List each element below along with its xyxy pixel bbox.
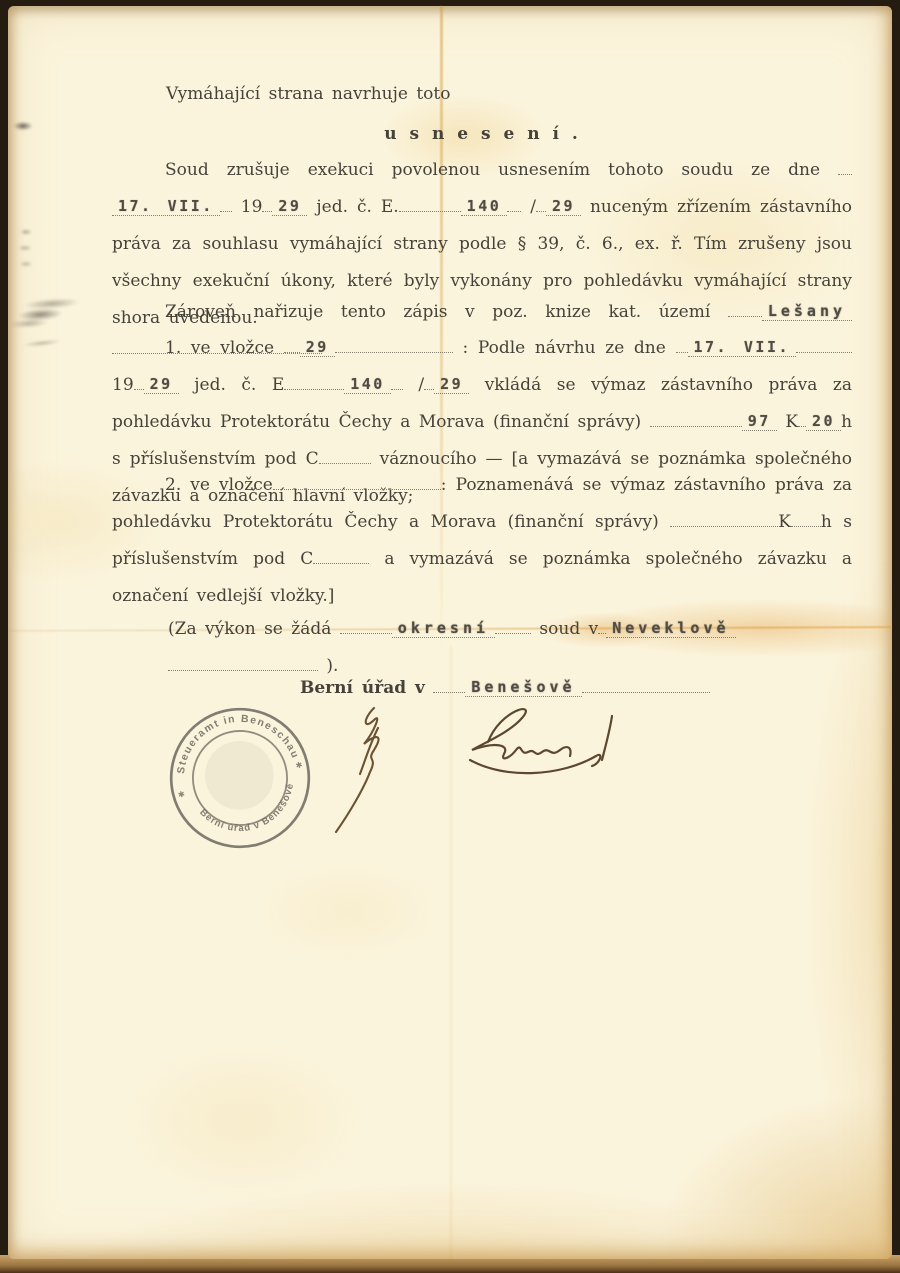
- dotted-fill-line: [796, 337, 852, 353]
- typed-year: 29: [272, 197, 307, 216]
- dotted-fill-line: [536, 196, 546, 212]
- resolution-heading-text: u s n e s e n í .: [384, 124, 580, 144]
- stamp-star-right-icon: ✱: [294, 759, 303, 770]
- typed-amount-crowns: 97: [742, 412, 777, 431]
- office-label: Berní úřad v: [300, 678, 425, 698]
- dotted-fill-line: [391, 374, 403, 390]
- dotted-fill-line: [273, 474, 441, 490]
- typed-case-number: 140: [344, 375, 391, 394]
- typed-date: 17. VII.: [112, 197, 220, 216]
- dotted-fill-line: [168, 655, 318, 671]
- text-run: K: [778, 512, 791, 532]
- dotted-fill-line: [262, 196, 272, 212]
- document-page: Vymáhající strana navrhuje toto u s n e …: [8, 6, 892, 1259]
- text-run: 1. ve vložce: [165, 338, 274, 358]
- dotted-fill-line: [313, 548, 369, 564]
- text-run: pod C: [253, 549, 313, 569]
- typed-court-place: Neveklově: [606, 619, 735, 638]
- text-run: jed. č. E: [194, 375, 284, 395]
- text-run: (Za výkon se žádá: [168, 619, 331, 639]
- typed-year: 29: [144, 375, 179, 394]
- ink-smudge: [10, 118, 40, 134]
- signature-right: [458, 698, 638, 798]
- dotted-fill-line: [284, 374, 344, 390]
- scanned-document: Vymáhající strana navrhuje toto u s n e …: [0, 0, 900, 1273]
- text-run: K: [785, 412, 798, 432]
- dotted-fill-line: [582, 677, 710, 693]
- resolution-heading: u s n e s e n í .: [112, 116, 852, 153]
- stamp-star-left-icon: ✱: [177, 788, 186, 799]
- typed-case-year: 29: [546, 197, 581, 216]
- dotted-fill-line: [220, 196, 232, 212]
- stamp-faded-emblem: [198, 734, 281, 817]
- signature-left: [328, 700, 418, 840]
- dotted-fill-line: [650, 411, 742, 427]
- text-run: 19: [112, 375, 134, 395]
- dotted-fill-line: [433, 677, 465, 693]
- dotted-fill-line: [670, 511, 778, 527]
- dotted-fill-line: [791, 511, 821, 527]
- dotted-fill-line: [319, 448, 371, 464]
- intro-line: Vymáhající strana navrhuje toto: [166, 76, 666, 113]
- ink-smudge: [16, 224, 42, 272]
- typed-office-place: Benešově: [465, 678, 581, 697]
- dotted-fill-line: [335, 337, 453, 353]
- fold-crease-vertical-lower: [450, 646, 452, 1261]
- text-run: : Podle návrhu ze dne: [462, 338, 665, 358]
- typed-case-year: 29: [434, 375, 469, 394]
- text-run: 2. ve vložce: [165, 475, 273, 495]
- text-run: Soud zrušuje exekuci povolenou usnesením…: [165, 160, 820, 180]
- dotted-fill-line: [676, 337, 688, 353]
- typed-territory: Lešany: [762, 302, 852, 321]
- paragraph-item-2: 2. ve vložce: Poznamenává se výmaz zásta…: [112, 467, 852, 615]
- dotted-fill-line: [728, 301, 762, 317]
- dotted-fill-line: [340, 618, 392, 634]
- typed-date: 17. VII.: [688, 338, 797, 357]
- dotted-fill-line: [838, 159, 852, 175]
- dotted-fill-line: [399, 196, 461, 212]
- typed-insert-number: 29: [300, 338, 335, 357]
- text-run: jed. č. E.: [316, 197, 398, 217]
- typed-amount-hellers: 20: [806, 412, 841, 431]
- dotted-fill-line: [284, 337, 300, 353]
- dotted-fill-line: [134, 374, 144, 390]
- typed-court-type: okresní: [392, 619, 495, 638]
- ink-smudge: [13, 333, 74, 353]
- dotted-fill-line: [798, 411, 806, 427]
- text-run: 19: [241, 197, 263, 217]
- dotted-fill-line: [495, 618, 531, 634]
- text-run: Zároveň nařizuje tento zápis v poz. kniz…: [165, 302, 710, 322]
- ink-smudge: [9, 289, 89, 328]
- dotted-fill-line: [424, 374, 434, 390]
- text-run: soud v: [539, 619, 598, 639]
- dotted-fill-line: [507, 196, 521, 212]
- typed-case-number: 140: [461, 197, 508, 216]
